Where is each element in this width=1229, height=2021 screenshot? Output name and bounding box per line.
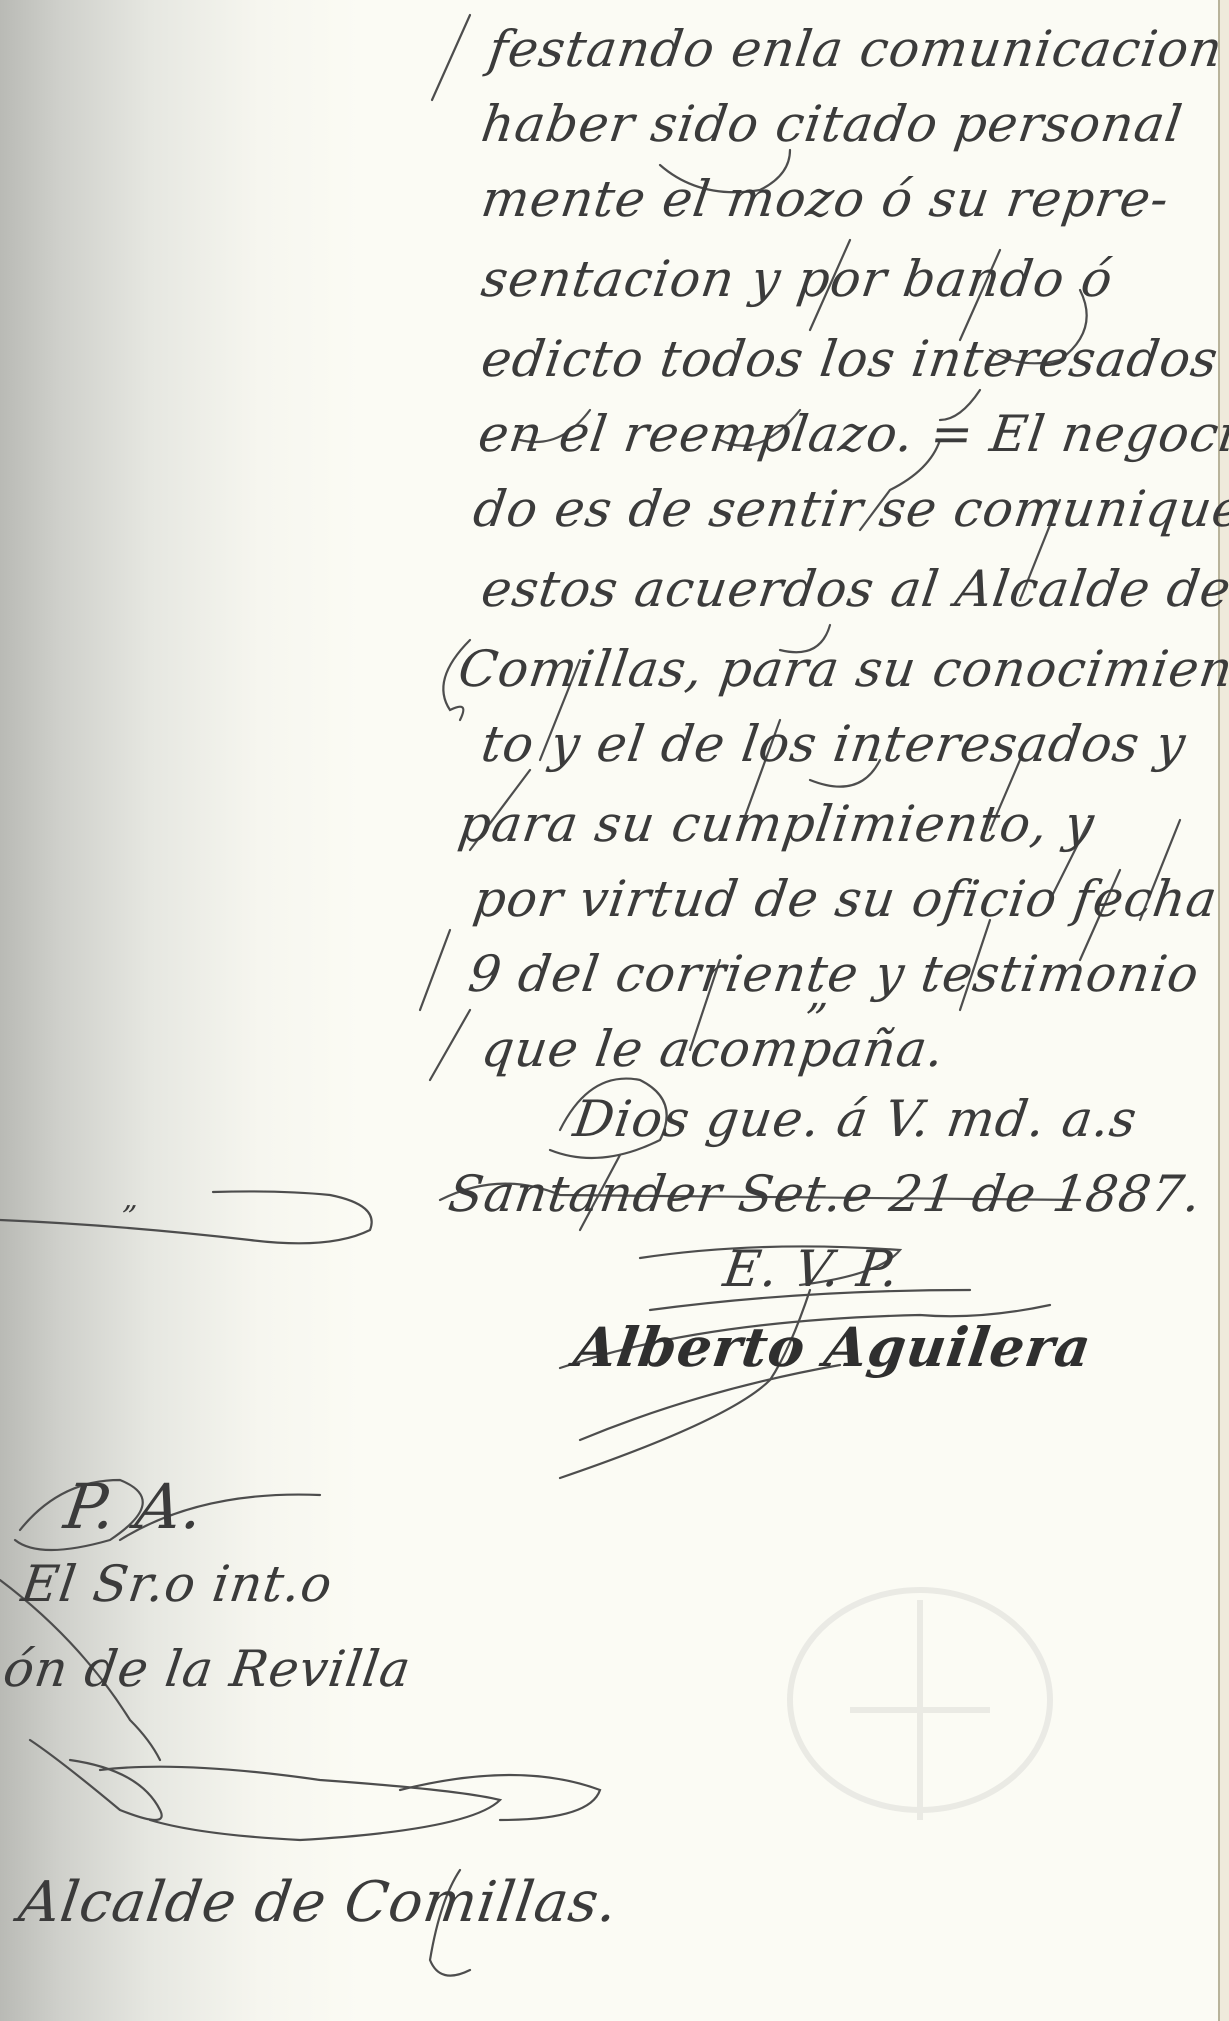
body-line-3: mente el mozo ó su repre- [478, 170, 1173, 228]
closing-formula: E. V. P. [720, 1240, 903, 1298]
body-line-11: para su cumplimiento, y [455, 795, 1098, 853]
body-line-14: que le acompaña. [478, 1020, 948, 1078]
signature: Alberto Aguilera [570, 1315, 1095, 1379]
next-page-strip [1220, 0, 1229, 2021]
body-line-5: edicto todos los interesados [478, 330, 1222, 388]
body-line-1: festando enla comunicacion [485, 20, 1227, 78]
salutation-line: Dios gue. á V. md. a.s [570, 1090, 1141, 1148]
manuscript-page: festando enla comunicacion haber sido ci… [0, 0, 1229, 2021]
body-line-7: do es de sentir se comuniquen [470, 480, 1229, 538]
body-line-12: por virtud de su oficio fecha [470, 870, 1221, 928]
addressee-line-1: P. A. [60, 1470, 208, 1543]
body-line-6: en el reemplazo. = El negocia [475, 405, 1229, 463]
body-line-9: Comillas, para su conocimien [455, 640, 1229, 698]
addressee-line-3: ón de la Revilla [0, 1640, 415, 1698]
addressee-line-2: El Sr.o int.o [18, 1555, 336, 1613]
ditto-mark: ” [118, 1200, 139, 1235]
date-line: Santander Set.e 21 de 1887. [445, 1165, 1205, 1223]
body-line-13: 9 del corriente y testimonio [465, 945, 1203, 1003]
body-line-8: estos acuerdos al Alcalde de [478, 560, 1229, 618]
addressee-line-4: Alcalde de Comillas. [15, 1870, 622, 1935]
body-line-2: haber sido citado personal [478, 95, 1186, 153]
body-line-4: sentacion y por bando ó [478, 250, 1117, 308]
body-line-10: to y el de los interesados y [478, 715, 1190, 773]
